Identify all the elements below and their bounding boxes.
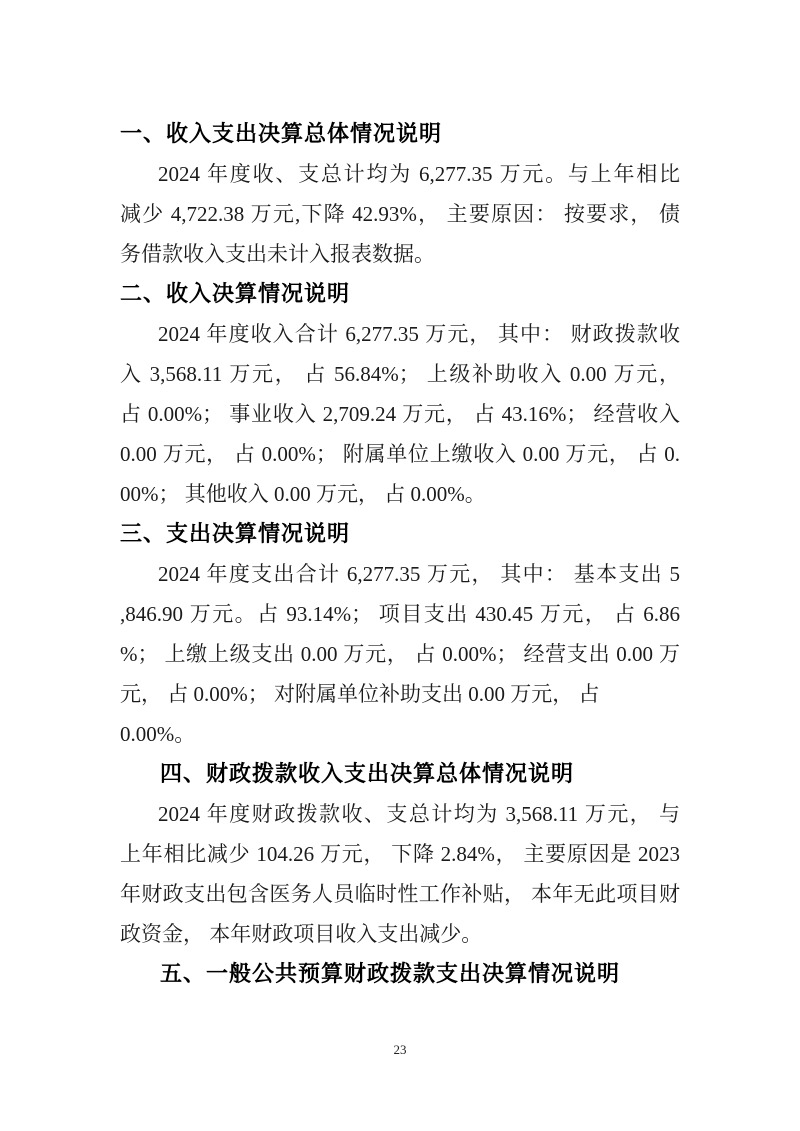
paragraph-line: 占 0.00%； 事业收入 2,709.24 万元， 占 43.16%； 经营收… (120, 394, 680, 434)
paragraph-line: ,846.90 万元。占 93.14%； 项目支出 430.45 万元， 占 6… (120, 594, 680, 634)
paragraph-line: 务借款收入支出未计入报表数据。 (120, 234, 680, 274)
paragraph-line: 政资金， 本年财政项目收入支出减少。 (120, 914, 680, 954)
paragraph-line: 2024 年度收、支总计均为 6,277.35 万元。与上年相比 (120, 154, 680, 194)
paragraph-line: 0.00%。 (120, 714, 680, 754)
document-page: 一、收入支出决算总体情况说明 2024 年度收、支总计均为 6,277.35 万… (0, 0, 800, 1131)
page-number: 23 (0, 1042, 800, 1058)
paragraph-line: 元， 占 0.00%； 对附属单位补助支出 0.00 万元， 占 (120, 674, 680, 714)
paragraph-line: 减少 4,722.38 万元,下降 42.93%， 主要原因： 按要求， 债 (120, 194, 680, 234)
section-4-heading: 四、财政拨款收入支出决算总体情况说明 (120, 754, 680, 794)
paragraph-line: 年财政支出包含医务人员临时性工作补贴， 本年无此项目财 (120, 874, 680, 914)
paragraph-line: 2024 年度支出合计 6,277.35 万元， 其中： 基本支出 5 (120, 554, 680, 594)
paragraph-line: 2024 年度财政拨款收、支总计均为 3,568.11 万元， 与 (120, 794, 680, 834)
section-1-heading: 一、收入支出决算总体情况说明 (120, 114, 680, 154)
paragraph-line: 入 3,568.11 万元， 占 56.84%； 上级补助收入 0.00 万元， (120, 354, 680, 394)
paragraph-line: 2024 年度收入合计 6,277.35 万元， 其中： 财政拨款收 (120, 314, 680, 354)
paragraph-line: 上年相比减少 104.26 万元， 下降 2.84%， 主要原因是 2023 (120, 834, 680, 874)
section-3-heading: 三、支出决算情况说明 (120, 514, 680, 554)
section-5-heading: 五、一般公共预算财政拨款支出决算情况说明 (120, 954, 680, 994)
paragraph-line: 00%； 其他收入 0.00 万元， 占 0.00%。 (120, 474, 680, 514)
document-content: 一、收入支出决算总体情况说明 2024 年度收、支总计均为 6,277.35 万… (120, 114, 680, 994)
paragraph-line: %； 上缴上级支出 0.00 万元， 占 0.00%； 经营支出 0.00 万 (120, 634, 680, 674)
paragraph-line: 0.00 万元， 占 0.00%； 附属单位上缴收入 0.00 万元， 占 0. (120, 434, 680, 474)
section-2-heading: 二、收入决算情况说明 (120, 274, 680, 314)
